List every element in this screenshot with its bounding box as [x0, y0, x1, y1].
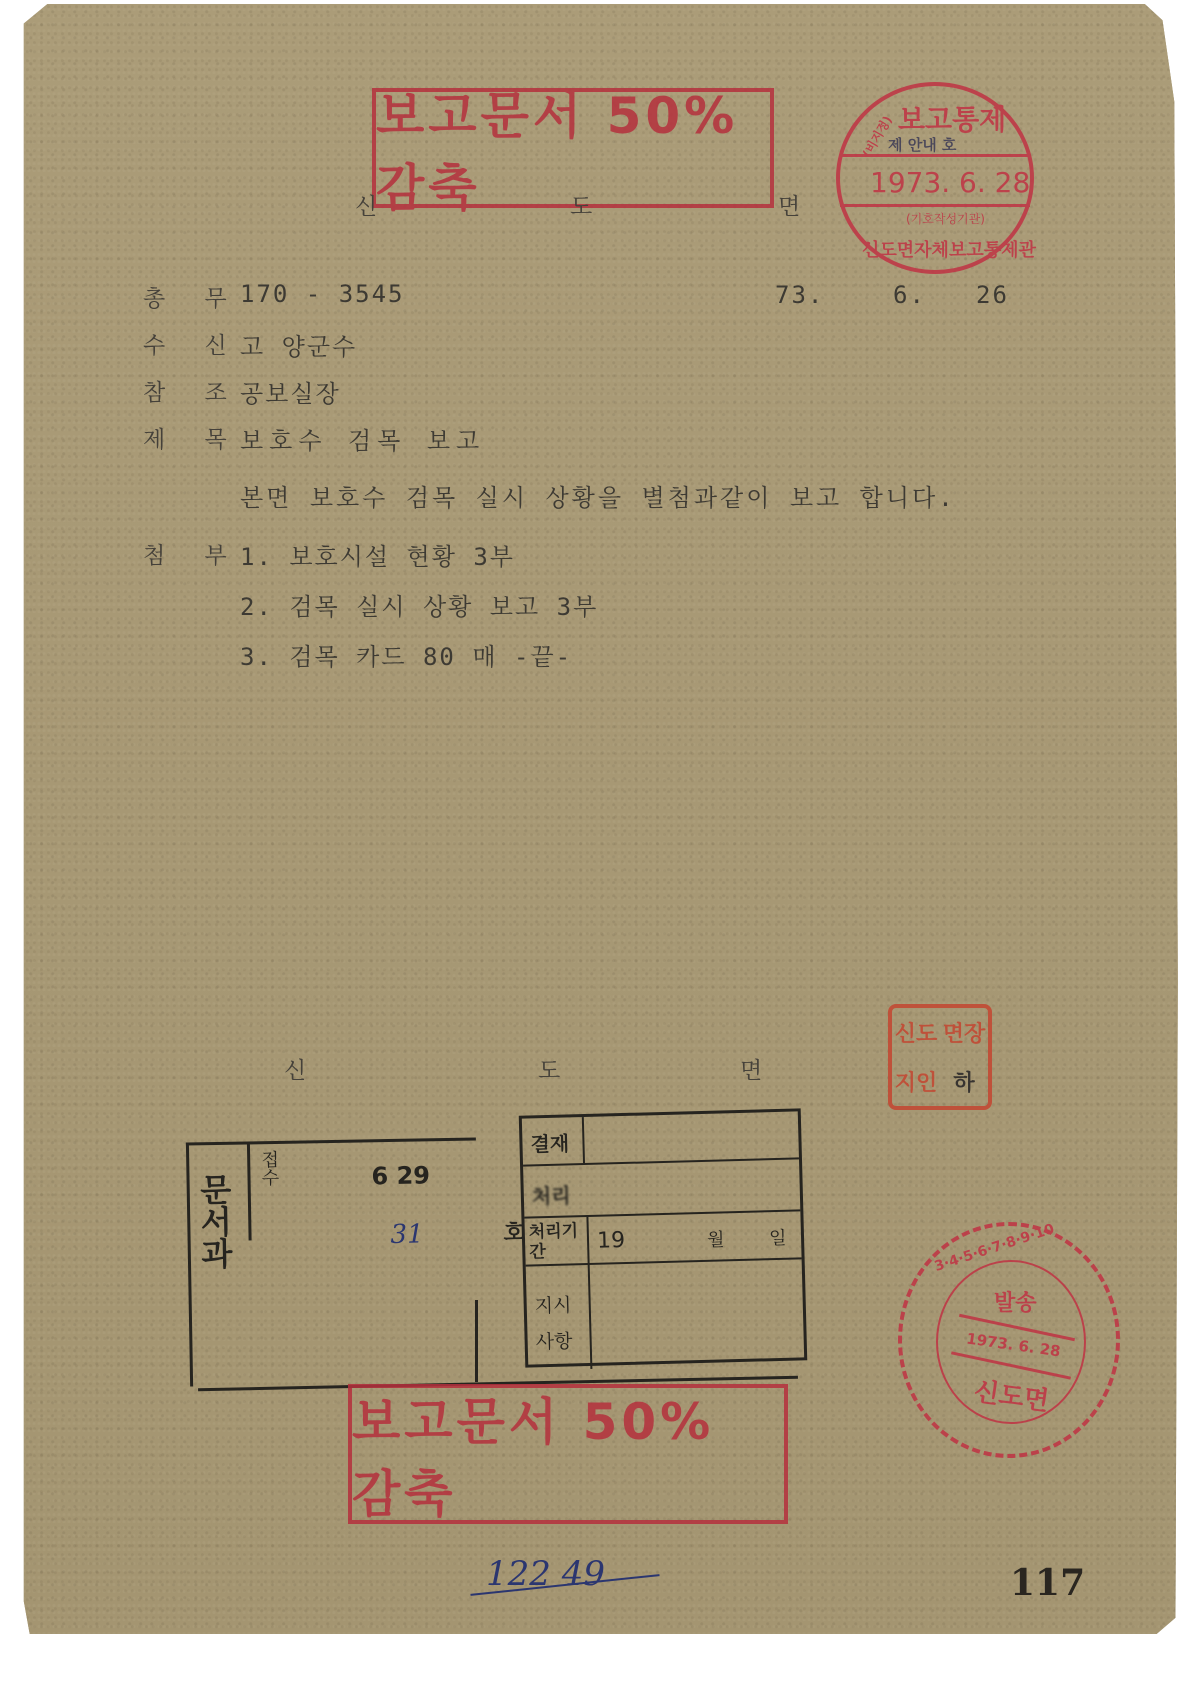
receipt-stamp-divider: [475, 1300, 478, 1382]
receipt-number-handwritten: 31: [390, 1219, 424, 1250]
field-label-subject: 제 목: [143, 421, 243, 454]
receipt-stamp: 문서과 접수 6 29 31 호: [186, 1137, 480, 1386]
receipt-side-label: 문서과: [195, 1173, 237, 1270]
memo-body: 본면 보호수 검목 실시 상황을 별첨과같이 보고 합니다.: [240, 478, 956, 513]
processing-period-day-label: 일: [769, 1224, 787, 1250]
field-label-reference: 참 조: [143, 374, 243, 407]
attachment-item-1: 1. 보호시설 현황 3부: [240, 537, 515, 572]
processing-period-month-label: 월: [707, 1225, 725, 1251]
stamp-text: 보고문서 50% 감축: [352, 1382, 784, 1526]
official-square-seal: 신도 면장 지인 하: [888, 1004, 992, 1110]
row-label-approval: 결재: [530, 1127, 569, 1157]
attachment-item-3: 3. 검목 카드 80 매 -끝-: [240, 637, 572, 672]
attachment-item-2: 2. 검목 실시 상황 보고 3부: [240, 587, 598, 622]
seal-date: 1973. 6. 28: [870, 166, 1030, 199]
dispatch-seal: 3·4·5·6·7·8·9·10 발송 1973. 6. 28 신도면: [898, 1222, 1120, 1458]
attachments-label: 첨 부: [143, 537, 243, 570]
row-label-processing-period: 처리기간: [529, 1221, 584, 1262]
approval-table: 결재 처리 처리기간 19 월 일 지시사항: [519, 1108, 808, 1367]
field-value-subject: 보호수 검목 보고: [240, 421, 485, 456]
field-label-general-affairs: 총 무: [143, 280, 243, 313]
row-label-instructions: 지시사항: [534, 1287, 576, 1360]
signature-char-2: 도: [538, 1052, 576, 1085]
sender-char-2: 도: [570, 188, 608, 221]
row-label-processing: 처리: [531, 1179, 570, 1209]
handwritten-archive-number: 122 49: [470, 1550, 670, 1600]
report-control-seal: 보고통제 (비지정) 제 안내 호 1973. 6. 28 (기호작성기관) 신…: [836, 82, 1034, 274]
processing-period-year: 19: [597, 1228, 626, 1254]
memo-date-month: 6.: [893, 281, 926, 309]
seal-inner-text: (기호작성기관): [906, 210, 985, 227]
seal-number-text: 제 안내 호: [888, 134, 956, 155]
seal-char-2: 면장: [943, 1017, 986, 1048]
sender-char-1: 신: [355, 188, 393, 221]
report-reduction-stamp-bottom: 보고문서 50% 감축: [348, 1384, 788, 1524]
received-date: 6 29: [371, 1161, 430, 1190]
field-value-recipient: 고 양군수: [240, 327, 357, 362]
seal-bottom-text: 신도면자체보고통제관: [862, 236, 1036, 262]
field-value-doc-number: 170 - 3545: [240, 280, 405, 308]
field-value-reference: 공보실장: [240, 374, 341, 409]
seal-char-3: 지인: [895, 1066, 938, 1097]
dispatch-seal-top-text: 발송: [994, 1286, 1037, 1317]
seal-signature-mark: 하: [953, 1066, 974, 1097]
seal-top-text: 보고통제: [898, 98, 1006, 138]
memo-date-year: 73.: [775, 281, 824, 309]
page-number: 117: [1010, 1562, 1085, 1604]
received-label: 접수: [255, 1150, 282, 1186]
seal-char-1: 신도: [895, 1017, 938, 1048]
sender-char-3: 면: [778, 188, 816, 221]
field-label-recipient: 수 신: [143, 327, 243, 360]
signature-char-3: 면: [740, 1052, 778, 1085]
signature-char-1: 신: [284, 1052, 322, 1085]
memo-date-day: 26: [976, 281, 1009, 309]
